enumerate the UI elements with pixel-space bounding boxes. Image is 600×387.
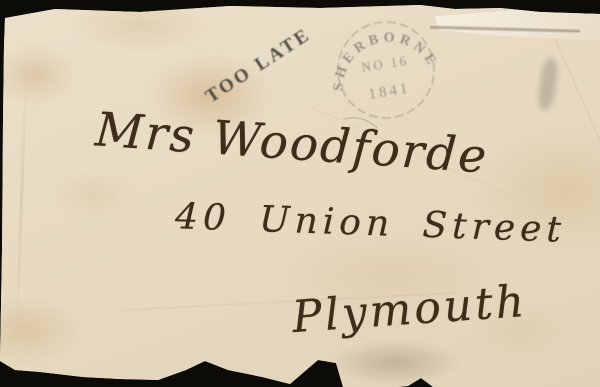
bottom-tear-shadow (330, 340, 460, 385)
envelope-paper: SHERBORNE NO 16 1841 TOO LATE Mrs Woodfo… (0, 0, 600, 387)
datestamp-year: 1841 (367, 81, 411, 103)
address-line-street: 40 Union Street (174, 196, 566, 251)
address-line-town: Plymouth (291, 276, 529, 343)
ink-smudge (536, 57, 559, 111)
datestamp-day: NO 16 (360, 52, 409, 74)
paper-crease (525, 0, 600, 149)
photo-background: SHERBORNE NO 16 1841 TOO LATE Mrs Woodfo… (0, 0, 600, 387)
paper-crease (15, 60, 28, 340)
